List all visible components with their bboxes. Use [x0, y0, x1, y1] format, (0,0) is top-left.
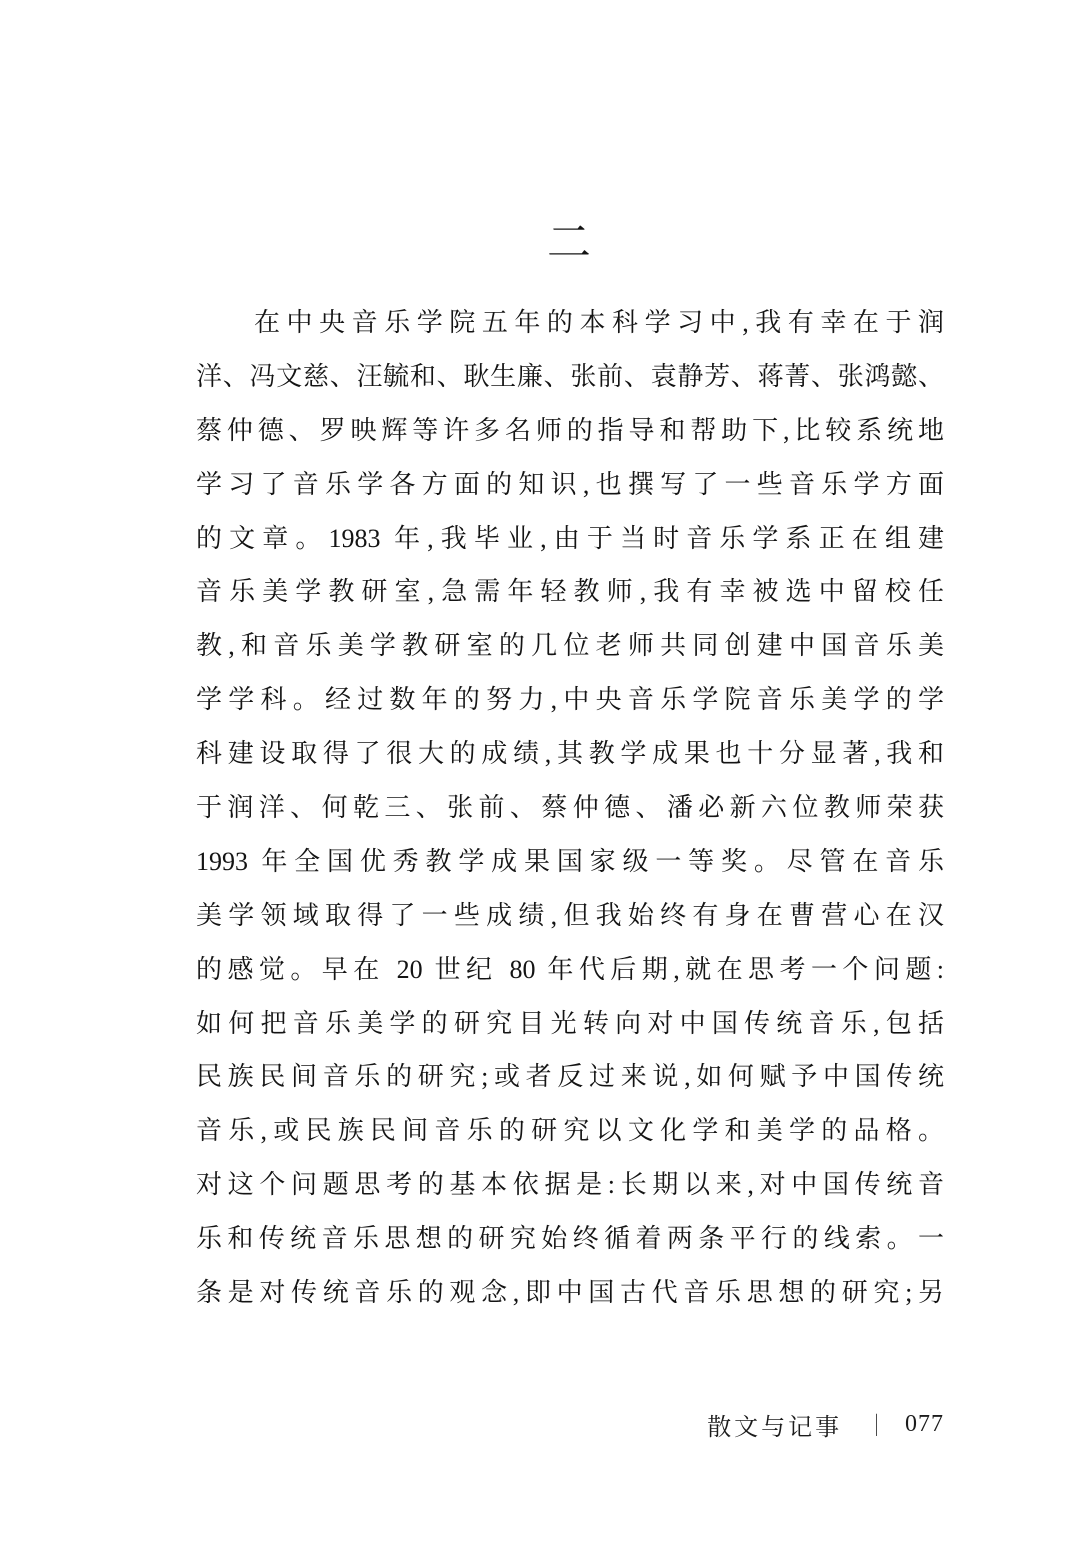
text-line: 如何把音乐美学的研究目光转向对中国传统音乐,包括 [196, 997, 944, 1051]
footer-section-label: 散文与记事 [707, 1407, 842, 1442]
text-line: 洋、冯文慈、汪毓和、耿生廉、张前、袁静芳、蒋菁、张鸿懿、 [196, 350, 944, 404]
text-line: 的文章。1983 年,我毕业,由于当时音乐学系正在组建 [196, 512, 944, 566]
page-footer: 散文与记事 | 077 [707, 1404, 944, 1444]
text-line: 科建设取得了很大的成绩,其教学成果也十分显著,我和 [196, 727, 944, 781]
text-line: 学习了音乐学各方面的知识,也撰写了一些音乐学方面 [196, 458, 944, 512]
text-line: 1993 年全国优秀教学成果国家级一等奖。尽管在音乐 [196, 835, 944, 889]
text-line: 对这个问题思考的基本依据是:长期以来,对中国传统音 [196, 1158, 944, 1212]
book-page: 二 在中央音乐学院五年的本科学习中,我有幸在于润 洋、冯文慈、汪毓和、耿生廉、张… [0, 0, 1080, 1549]
text-line: 的感觉。早在 20 世纪 80 年代后期,就在思考一个问题: [196, 943, 944, 997]
footer-page-number: 077 [905, 1411, 944, 1438]
text-line: 蔡仲德、罗映辉等许多名师的指导和帮助下,比较系统地 [196, 404, 944, 458]
text-line: 音乐,或民族民间音乐的研究以文化学和美学的品格。 [196, 1104, 944, 1158]
text-line: 教,和音乐美学教研室的几位老师共同创建中国音乐美 [196, 619, 944, 673]
text-line: 美学领域取得了一些成绩,但我始终有身在曹营心在汉 [196, 889, 944, 943]
text-line: 音乐美学教研室,急需年轻教师,我有幸被选中留校任 [196, 565, 944, 619]
text-line: 在中央音乐学院五年的本科学习中,我有幸在于润 [196, 296, 944, 350]
text-line: 于润洋、何乾三、张前、蔡仲德、潘必新六位教师荣获 [196, 781, 944, 835]
text-line: 学学科。经过数年的努力,中央音乐学院音乐美学的学 [196, 673, 944, 727]
text-line: 民族民间音乐的研究;或者反过来说,如何赋予中国传统 [196, 1050, 944, 1104]
body-paragraph: 在中央音乐学院五年的本科学习中,我有幸在于润 洋、冯文慈、汪毓和、耿生廉、张前、… [196, 296, 944, 1320]
section-heading: 二 [196, 216, 944, 270]
text-line: 条是对传统音乐的观念,即中国古代音乐思想的研究;另 [196, 1266, 944, 1320]
footer-separator: | [875, 1411, 878, 1438]
text-line: 乐和传统音乐思想的研究始终循着两条平行的线索。一 [196, 1212, 944, 1266]
